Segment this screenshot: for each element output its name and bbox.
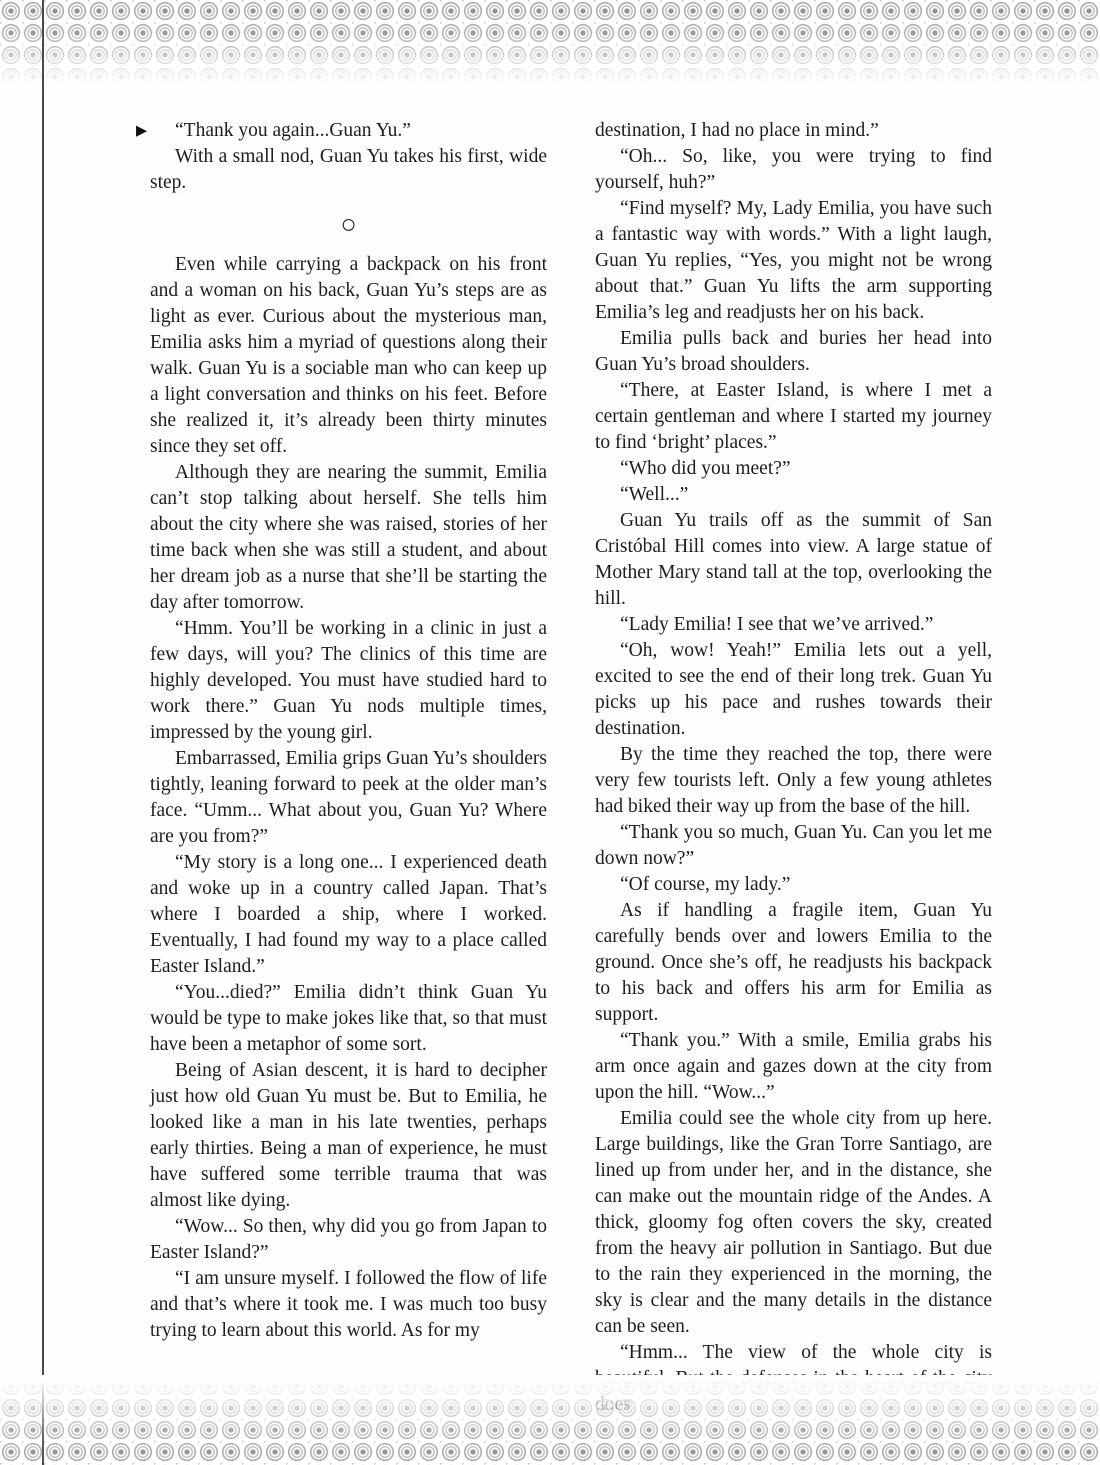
page-edge-line	[42, 0, 44, 1465]
paragraph: “You...died?” Emilia didn’t think Guan Y…	[150, 980, 547, 1058]
paragraph: Guan Yu trails off as the summit of San …	[595, 508, 992, 612]
paragraph: ▶“Thank you again...Guan Yu.”	[150, 118, 547, 144]
scene-break-icon: ○	[340, 211, 356, 238]
paragraph: destination, I had no place in mind.”	[595, 118, 992, 144]
paragraph: “Thank you.” With a smile, Emilia grabs …	[595, 1028, 992, 1106]
paragraph: “Hmm. You’ll be working in a clinic in j…	[150, 616, 547, 746]
paragraph: “Oh, wow! Yeah!” Emilia lets out a yell,…	[595, 638, 992, 742]
book-page: ▶“Thank you again...Guan Yu.”With a smal…	[0, 0, 1100, 1465]
text-area: ▶“Thank you again...Guan Yu.”With a smal…	[150, 118, 992, 1418]
paragraph: “Well...”	[595, 482, 992, 508]
paragraph: “Of course, my lady.”	[595, 872, 992, 898]
border-top-fade	[0, 0, 1100, 94]
decorative-border-bottom	[0, 1375, 1100, 1465]
paragraph: With a small nod, Guan Yu takes his firs…	[150, 144, 547, 196]
paragraph: By the time they reached the top, there …	[595, 742, 992, 820]
paragraph: Being of Asian descent, it is hard to de…	[150, 1058, 547, 1214]
paragraph: Even while carrying a backpack on his fr…	[150, 252, 547, 460]
text-column-left: ▶“Thank you again...Guan Yu.”With a smal…	[150, 118, 547, 1418]
paragraph: As if handling a fragile item, Guan Yu c…	[595, 898, 992, 1028]
paragraph: “Find myself? My, Lady Emilia, you have …	[595, 196, 992, 326]
paragraph: Embarrassed, Emilia grips Guan Yu’s shou…	[150, 746, 547, 850]
paragraph: “Oh... So, like, you were trying to find…	[595, 144, 992, 196]
paragraph: “Who did you meet?”	[595, 456, 992, 482]
scene-break-divider: ○	[150, 196, 547, 252]
paragraph-text: “Thank you again...Guan Yu.”	[175, 120, 411, 141]
paragraph: “Lady Emilia! I see that we’ve arrived.”	[595, 612, 992, 638]
text-column-right: destination, I had no place in mind.”“Oh…	[595, 118, 992, 1418]
decorative-border-top	[0, 0, 1100, 94]
paragraph: “I am unsure myself. I followed the flow…	[150, 1266, 547, 1344]
paragraph: “There, at Easter Island, is where I met…	[595, 378, 992, 456]
section-marker-icon: ▶	[136, 118, 147, 144]
paragraph: Although they are nearing the summit, Em…	[150, 460, 547, 616]
paragraph: “My story is a long one... I experienced…	[150, 850, 547, 980]
paragraph: Emilia pulls back and buries her head in…	[595, 326, 992, 378]
paragraph: “Wow... So then, why did you go from Jap…	[150, 1214, 547, 1266]
border-bottom-fade	[0, 1375, 1100, 1465]
paragraph: Emilia could see the whole city from up …	[595, 1106, 992, 1340]
paragraph: “Thank you so much, Guan Yu. Can you let…	[595, 820, 992, 872]
